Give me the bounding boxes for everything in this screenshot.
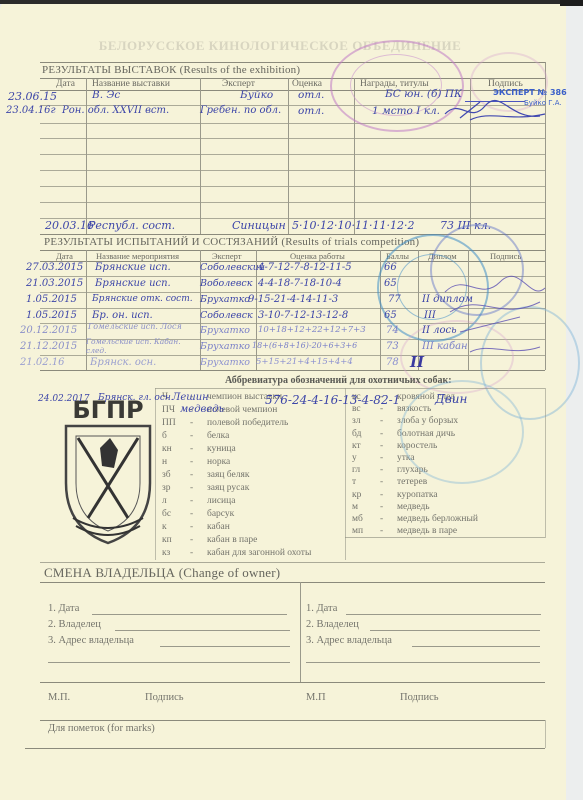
- scan-background: [566, 0, 583, 800]
- trial-row6-points: 73: [386, 341, 399, 352]
- abbreviation-dash: -: [190, 457, 193, 467]
- left-owner-name-label: 2. Владелец: [48, 619, 101, 630]
- abbreviation-description: барсук: [207, 509, 234, 519]
- exh-row1-name: В. Эс: [92, 89, 120, 101]
- trial-row3-name: Брянские отк. сост.: [92, 294, 193, 304]
- trial-row2-work: 4-4-18-7-18-10-4: [258, 278, 342, 289]
- abbreviation-dash: -: [190, 418, 193, 428]
- col-header-grade: Оценка: [292, 79, 322, 89]
- left-owner-name-field[interactable]: [115, 630, 290, 631]
- right-owner-name-field[interactable]: [370, 630, 540, 631]
- trial-row5-name: Гомельские исп. Лося: [88, 322, 188, 331]
- trials-col-event: Название мероприятия: [96, 251, 179, 261]
- exh-row2-name: Рон. обл. XXVII вст.: [62, 105, 169, 116]
- trial-row3-expert: Брухатко: [200, 294, 250, 305]
- col-header-expert: Эксперт: [222, 79, 255, 89]
- trial-row3-date: 1.05.2015: [26, 294, 77, 305]
- left-owner-address-field[interactable]: [160, 646, 290, 647]
- abbreviation-dash: -: [380, 441, 383, 451]
- exh-row1-grade: отл.: [298, 89, 324, 101]
- abbreviation-dash: -: [190, 522, 193, 532]
- trial-row1-date: 27.03.2015: [26, 262, 83, 273]
- abbreviation-code: гл: [352, 465, 360, 475]
- abbreviation-code: к: [162, 522, 167, 532]
- section-border: [25, 748, 545, 749]
- trial-row3-points: 77: [388, 294, 401, 305]
- col-header-exhibition-name: Название выставки: [92, 79, 170, 89]
- abbreviation-code: бд: [352, 429, 361, 439]
- left-owner-date-field[interactable]: [92, 614, 287, 615]
- section-border: [545, 720, 546, 748]
- abbreviation-dash: -: [380, 502, 383, 512]
- abbreviation-description: кабан: [207, 522, 230, 532]
- abbreviation-code: мп: [352, 526, 363, 536]
- marks-title: Для пометок (for marks): [48, 723, 155, 734]
- left-seal-label: М.П.: [48, 692, 70, 703]
- abbreviation-code: л: [162, 496, 167, 506]
- trial-row1-points: 66: [384, 262, 397, 273]
- abbreviation-description: заяц русак: [207, 483, 249, 493]
- abbreviation-dash: -: [190, 496, 193, 506]
- signature-scribble: [440, 96, 550, 126]
- abbreviation-dash: -: [380, 453, 383, 463]
- trial-row2-date: 21.03.2015: [26, 278, 83, 289]
- left-owner-address-label: 3. Адрес владельца: [48, 635, 134, 646]
- abbr-border: [345, 388, 346, 560]
- right-owner-address-field[interactable]: [412, 646, 540, 647]
- trial-row7-date: 21.02.16: [20, 357, 65, 368]
- abbreviation-code: зб: [162, 470, 171, 480]
- trial-row4-diploma: III: [424, 310, 436, 321]
- abbreviation-dash: -: [190, 470, 193, 480]
- trial-row5-points: 74: [386, 325, 399, 336]
- trial-row2-name: Брянские исп.: [95, 278, 171, 289]
- abbreviation-code: кр: [352, 490, 361, 500]
- trial-row8-expert: Лешин: [172, 392, 209, 403]
- trial-row3-work: 9-15-21-4-14-11-3: [248, 294, 338, 305]
- exhibitions-title: РЕЗУЛЬТАТЫ ВЫСТАВОК (Results of the exhi…: [42, 64, 300, 76]
- abbreviation-description: медведь: [397, 502, 430, 512]
- trial-row4-expert: Соболевск: [200, 310, 253, 321]
- abbreviation-description: кабан в паре: [207, 535, 257, 545]
- abbreviation-code: ПЧ: [162, 405, 175, 415]
- abbreviation-description: заяц беляк: [207, 470, 249, 480]
- abbreviation-code: кз: [162, 548, 170, 558]
- owner-change-title: СМЕНА ВЛАДЕЛЬЦА (Change of owner): [44, 565, 280, 581]
- exh-row2-expert: Гребен. по обл.: [200, 105, 281, 116]
- trial-row2-expert: Воболевск: [200, 278, 252, 289]
- right-owner-date-field[interactable]: [346, 614, 541, 615]
- trial-row2-points: 65: [384, 278, 397, 289]
- abbr-border: [345, 537, 545, 538]
- stamp-blue-abbr: [400, 380, 524, 484]
- table-border: [40, 62, 545, 63]
- abbreviation-dash: -: [380, 514, 383, 524]
- signature-scribbles: [440, 262, 550, 362]
- right-owner-name-label: 2. Владелец: [306, 619, 359, 630]
- abbreviation-description: белка: [207, 431, 229, 441]
- scan-edge-corner: [560, 0, 583, 6]
- trial-row6-work: 18+(6+8+16)-20+6+3+6: [252, 341, 357, 350]
- col-line: [86, 78, 87, 234]
- abbreviation-description: куница: [207, 444, 236, 454]
- scan-edge-top: [0, 0, 566, 4]
- trial-row7-diploma: II: [410, 353, 424, 371]
- trial-row7-name: Брянск. осн.: [90, 357, 156, 368]
- exh-row3-grade: 5·10·12·10·11·11·12·2: [292, 219, 414, 232]
- section-divider: [300, 582, 301, 682]
- abbreviations-title: Аббревиатура обозначений для охотничьих …: [225, 375, 452, 386]
- abbreviation-dash: -: [190, 535, 193, 545]
- section-border: [40, 720, 545, 721]
- abbreviation-code: зр: [162, 483, 171, 493]
- trial-row7-points: 78: [386, 357, 399, 368]
- abbreviation-code: зл: [352, 416, 361, 426]
- trial-row8-date: 24.02.2017: [38, 394, 90, 404]
- abbreviation-dash: -: [380, 490, 383, 500]
- right-owner-date-label: 1. Дата: [306, 603, 337, 614]
- trial-row8-extra: медведь: [180, 404, 224, 415]
- right-owner-address-label: 3. Адрес владельца: [306, 635, 392, 646]
- abbreviation-code: н: [162, 457, 167, 467]
- abbreviation-description: медведь берложный: [397, 514, 478, 524]
- abbreviation-dash: -: [380, 465, 383, 475]
- exh-row3-expert: Синицын: [232, 219, 286, 232]
- left-owner-date-label: 1. Дата: [48, 603, 79, 614]
- abbreviation-description: куропатка: [397, 490, 438, 500]
- abbreviation-dash: -: [190, 431, 193, 441]
- trial-row7-expert: Брухатко: [200, 357, 250, 368]
- exh-row2-date: 23.04.16г: [6, 105, 56, 116]
- left-owner-address-field-2[interactable]: [48, 662, 290, 663]
- abbreviation-code: б: [162, 431, 167, 441]
- right-seal-label: М.П: [306, 692, 326, 703]
- trial-row4-work: 3-10-7-12-13-12-8: [258, 310, 348, 321]
- trial-row4-name: Бр. он. исп.: [92, 310, 153, 321]
- abbreviation-dash: -: [380, 477, 383, 487]
- right-signature-label: Подпись: [400, 692, 439, 703]
- trial-row6-name: Гомельские исп. Кабан. след.: [86, 337, 196, 355]
- abbreviation-code: кн: [162, 444, 172, 454]
- abbreviation-code: мб: [352, 514, 363, 524]
- trial-row5-work: 10+18+12+22+12+7+3: [258, 325, 366, 335]
- trial-row5-expert: Брухатко: [200, 325, 250, 336]
- col-header-date: Дата: [56, 79, 75, 89]
- abbreviation-code: м: [352, 502, 358, 512]
- right-owner-address-field-2[interactable]: [306, 662, 540, 663]
- trial-row4-points: 65: [384, 310, 397, 321]
- exh-row2-awards: 1 мсто I кл.: [372, 105, 440, 117]
- exh-row2-grade: отл.: [298, 105, 324, 117]
- abbreviation-description: норка: [207, 457, 230, 467]
- abbreviation-code: бс: [162, 509, 171, 519]
- trial-row4-date: 1.05.2015: [26, 310, 77, 321]
- trial-row5-date: 20.12.2015: [20, 325, 77, 336]
- exh-row1-date: 23.06.15: [8, 90, 57, 103]
- col-line: [200, 78, 201, 234]
- abbreviation-dash: -: [380, 526, 383, 536]
- trials-col-work: Оценка работы: [290, 251, 345, 261]
- abbreviation-code: т: [352, 477, 356, 487]
- abbreviation-description: тетерев: [397, 477, 427, 487]
- abbreviation-dash: -: [380, 429, 383, 439]
- trial-row8-name: Брянск. гл. осн.: [98, 393, 174, 403]
- abbreviation-description: лисица: [207, 496, 235, 506]
- club-logo-emblem: БГПР: [58, 388, 158, 548]
- trials-col-date: Дата: [56, 251, 73, 261]
- section-border: [40, 582, 545, 583]
- trial-row6-date: 21.12.2015: [20, 341, 77, 352]
- trials-col-expert: Эксперт: [212, 251, 241, 261]
- trials-title: РЕЗУЛЬТАТЫ ИСПЫТАНИЙ И СОСТЯЗАНИЙ (Resul…: [44, 236, 419, 248]
- abbreviation-description: кабан для загонной охоты: [207, 548, 311, 558]
- exh-row3-date: 20.03.16: [45, 219, 94, 232]
- trial-row1-expert: Соболевский: [200, 262, 265, 273]
- abbreviation-code: кт: [352, 441, 361, 451]
- abbreviation-dash: -: [190, 444, 193, 454]
- abbreviation-description: полевой победитель: [207, 418, 288, 428]
- section-border: [40, 682, 545, 683]
- abbreviation-dash: -: [380, 416, 383, 426]
- left-signature-label: Подпись: [145, 692, 184, 703]
- exh-row3-name: Республ. сост.: [88, 219, 175, 232]
- abbreviation-code: у: [352, 453, 357, 463]
- abbr-border: [545, 388, 546, 538]
- trial-row1-work: 4-7-12-7-8-12-11-5: [258, 262, 352, 273]
- abbreviation-dash: -: [190, 509, 193, 519]
- trial-row1-name: Брянские исп.: [95, 262, 171, 273]
- trial-row7-work: 5+15+21+4+15+4+4: [256, 357, 353, 367]
- abbreviation-code: ПП: [162, 418, 176, 428]
- trial-row8-work: 576-24-4-16-13-4-82-1: [265, 393, 400, 407]
- abbreviation-dash: -: [190, 548, 193, 558]
- col-line: [288, 78, 289, 234]
- abbreviation-code: кп: [162, 535, 172, 545]
- abbreviation-dash: -: [190, 483, 193, 493]
- section-border: [40, 562, 545, 563]
- trial-row6-expert: Брухатко: [200, 341, 250, 352]
- abbreviation-description: медведь в паре: [397, 526, 457, 536]
- exh-row1-expert: Буйко: [240, 89, 273, 101]
